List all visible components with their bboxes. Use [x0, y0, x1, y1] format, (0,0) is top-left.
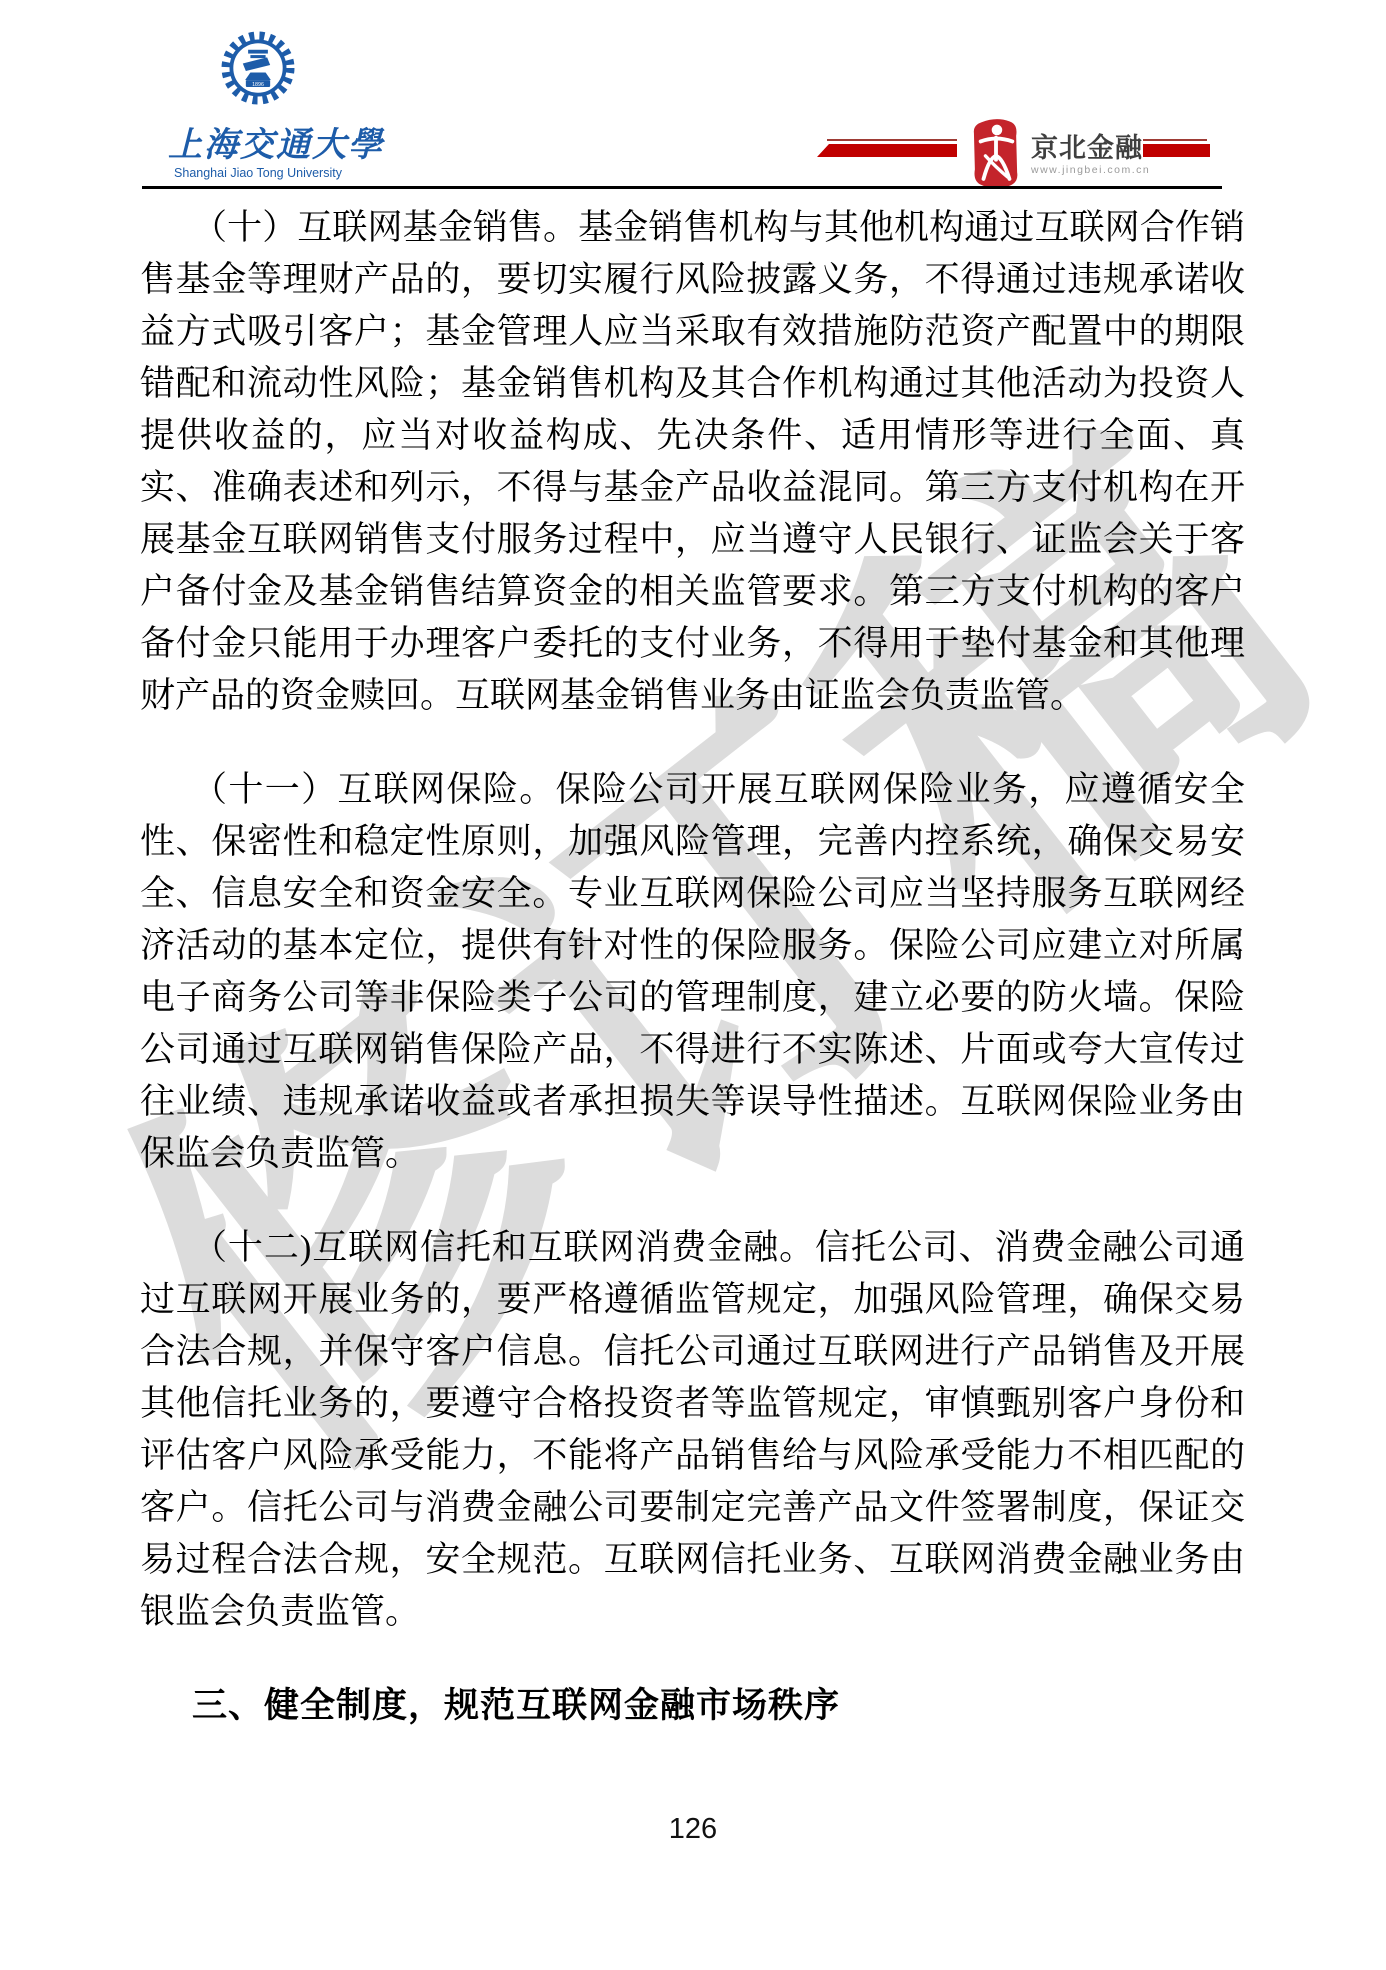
- jingbei-url: www.jingbei.com.cn: [1031, 164, 1141, 176]
- section-heading: 三、健全制度，规范互联网金融市场秩序: [140, 1680, 1245, 1732]
- red-bar-right: [1143, 139, 1210, 157]
- jingbei-logo: 京北金融 www.jingbei.com.cn: [815, 95, 1235, 195]
- document-page: 修订稿 1896 上海交通大學 Shanghai Jiao Tong Unive…: [0, 0, 1386, 1970]
- red-bar-left: [817, 139, 957, 157]
- svg-text:1896: 1896: [252, 82, 264, 88]
- jingbei-brand-name: 京北金融: [1031, 133, 1141, 163]
- jingbei-seal-icon: [972, 117, 1020, 189]
- jingbei-logo-text: 京北金融 www.jingbei.com.cn: [1031, 133, 1141, 176]
- paragraph-item-11: （十一）互联网保险。保险公司开展互联网保险业务，应遵循安全性、保密性和稳定性原则…: [140, 764, 1245, 1180]
- sjtu-gear-emblem-icon: 1896: [220, 30, 296, 106]
- sjtu-name-english: Shanghai Jiao Tong University: [168, 166, 348, 180]
- header-divider: [142, 186, 1222, 189]
- page-header: 1896 上海交通大學 Shanghai Jiao Tong Universit…: [0, 0, 1386, 195]
- paragraph-item-10: （十）互联网基金销售。基金销售机构与其他机构通过互联网合作销售基金等理财产品的，…: [140, 202, 1245, 722]
- paragraph-item-12: （十二)互联网信托和互联网消费金融。信托公司、消费金融公司通过互联网开展业务的，…: [140, 1222, 1245, 1638]
- page-number: 126: [0, 1812, 1386, 1846]
- sjtu-name-chinese: 上海交通大學: [168, 128, 348, 164]
- document-body: （十）互联网基金销售。基金销售机构与其他机构通过互联网合作销售基金等理财产品的，…: [140, 202, 1245, 1732]
- sjtu-logo: 1896 上海交通大學 Shanghai Jiao Tong Universit…: [168, 30, 348, 180]
